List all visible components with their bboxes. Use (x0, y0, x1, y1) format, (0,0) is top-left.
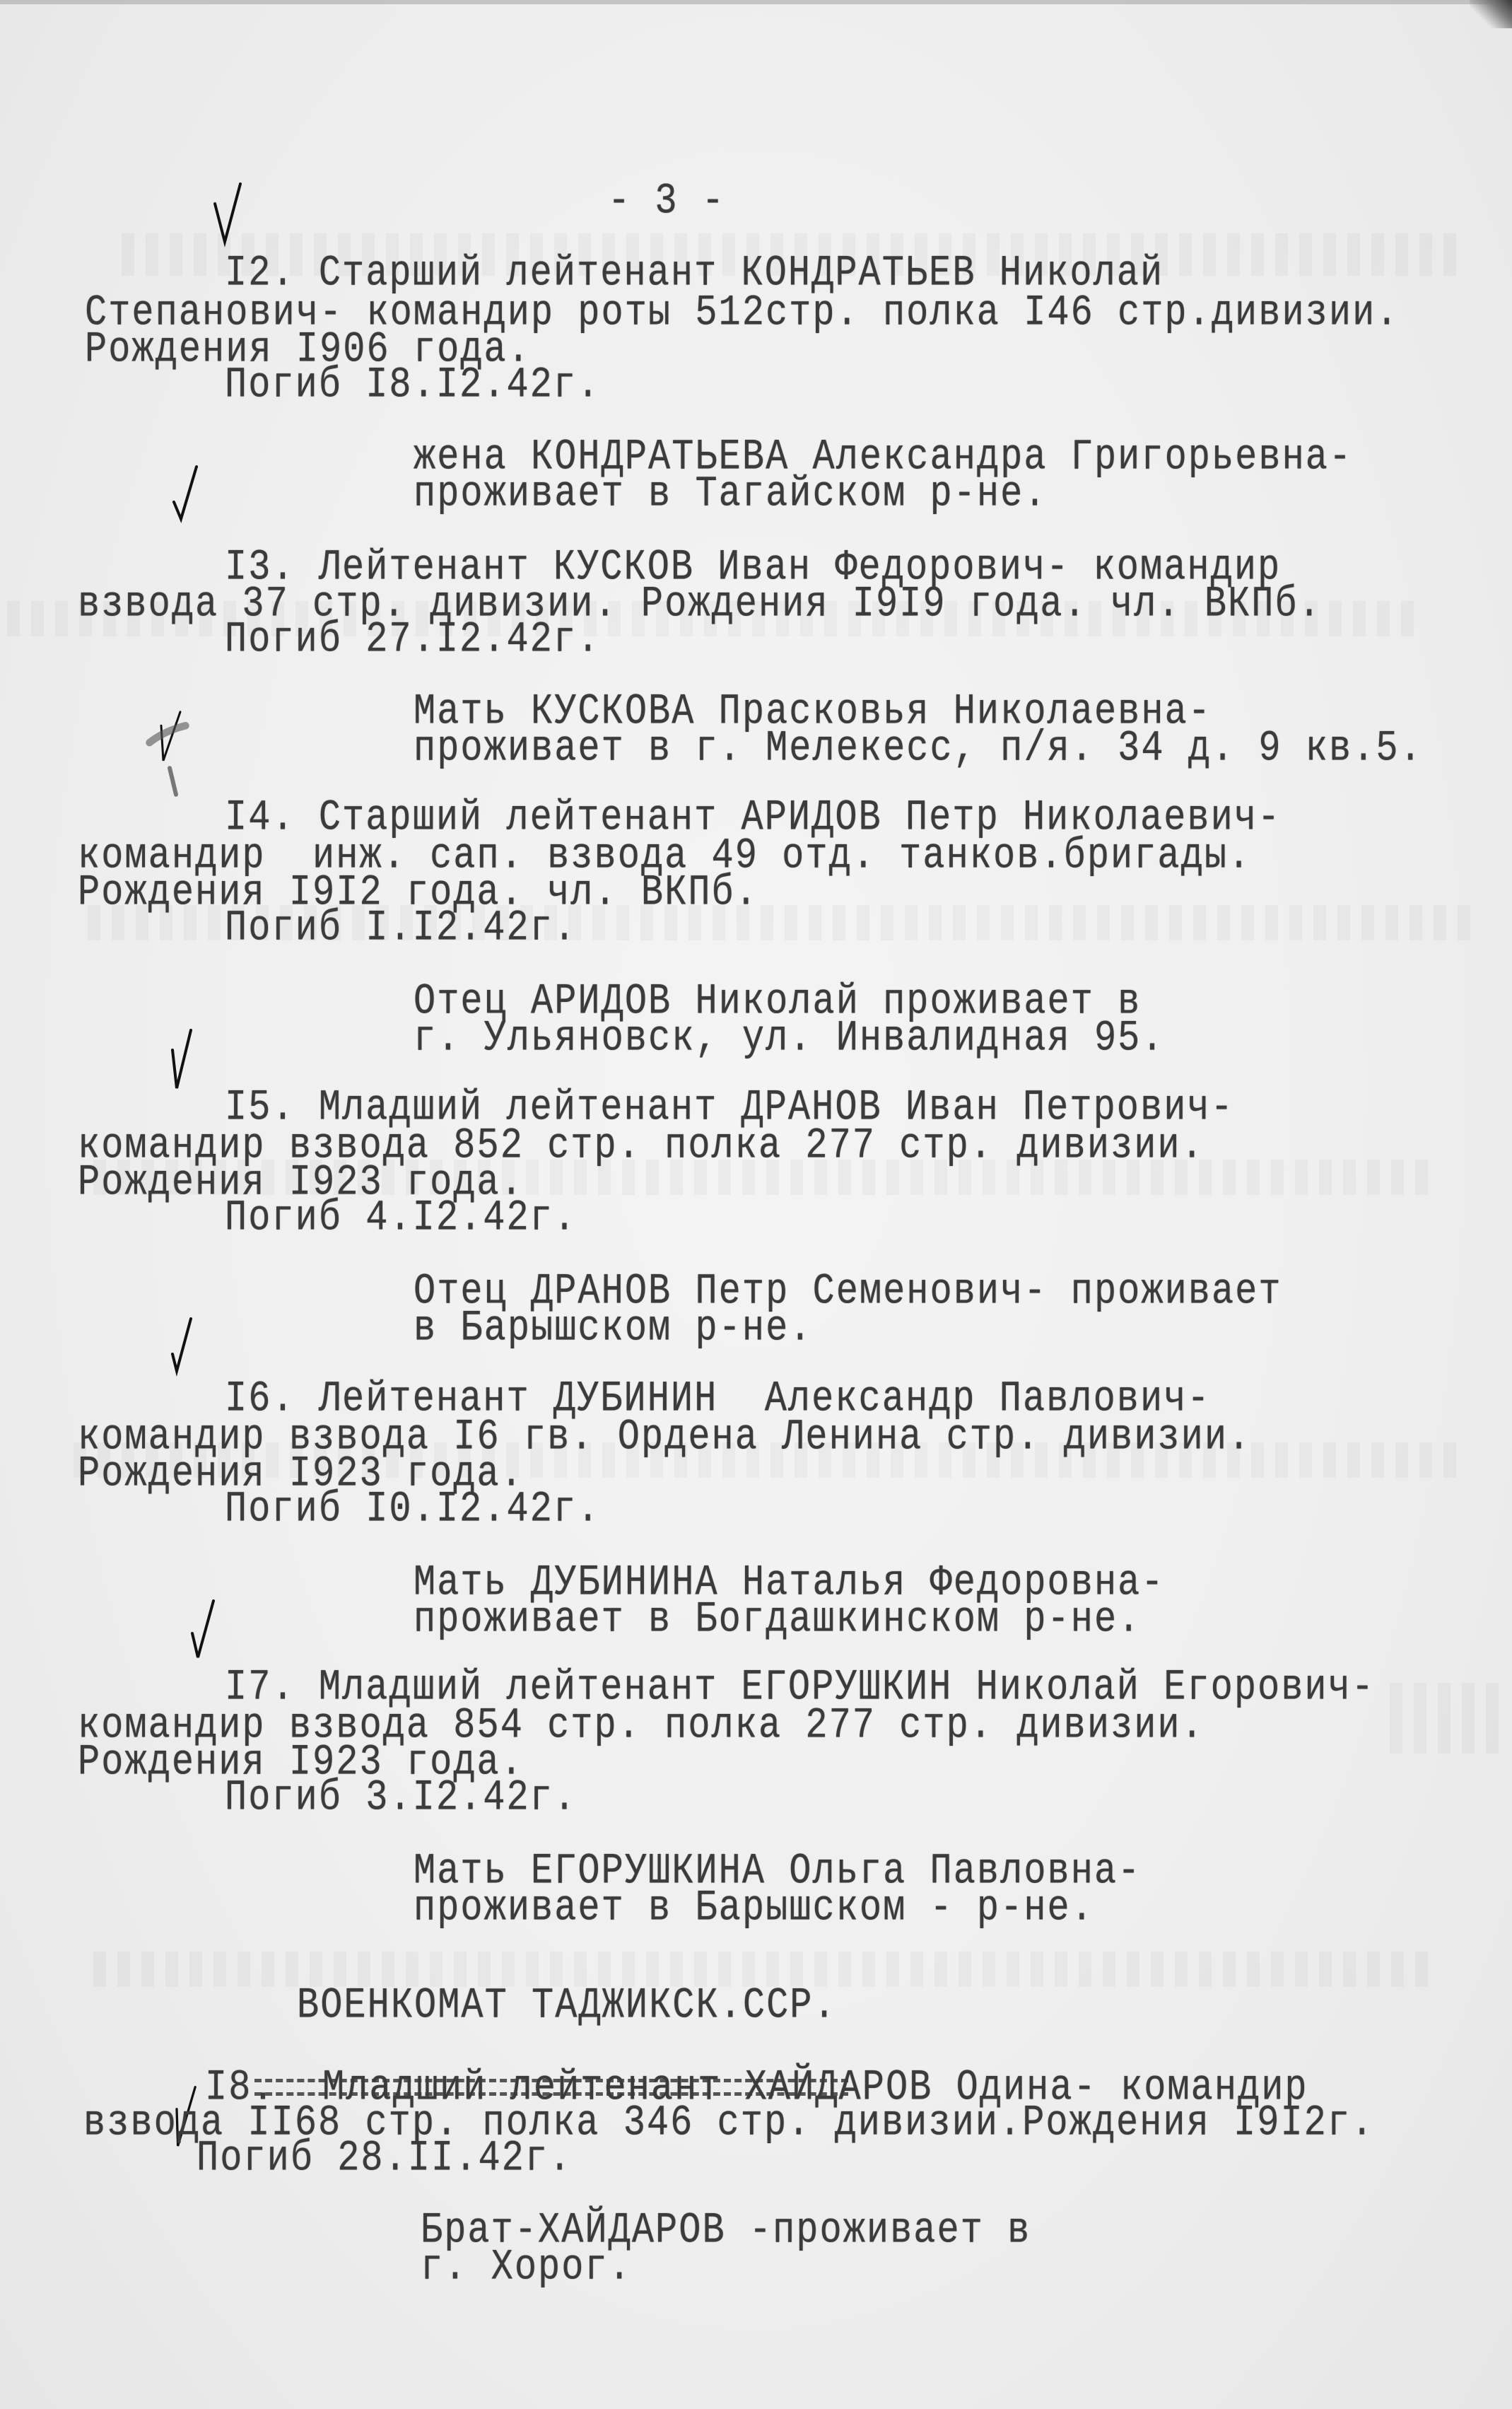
entry-line: Погиб 28.II.42г. (197, 2134, 572, 2184)
relative-line: г. Хорог. (421, 2243, 632, 2293)
document-page: - 3 - I2. Старший лейтенант КОНДРАТЬЕВ Н… (0, 0, 1512, 2409)
section-heading: ВОЕНКОМАТ ТАДЖИКСК.ССР. (297, 1981, 837, 2031)
bleed-through (1385, 1683, 1499, 1754)
entry-line: Погиб 4.I2.42г. (225, 1194, 577, 1244)
check-mark-icon (148, 707, 191, 771)
check-mark-icon (212, 182, 254, 246)
entry-line: Погиб 27.I2.42г. (225, 615, 600, 665)
entry-line: Погиб I8.I2.42г. (225, 361, 600, 411)
page-number: - 3 - (608, 177, 725, 227)
check-mark-icon (189, 1598, 232, 1662)
relative-line: проживает в Богдашкинском р-не. (414, 1595, 1141, 1645)
check-mark-icon (168, 460, 211, 523)
relative-line: проживает в Тагайском р-не. (414, 469, 1048, 520)
entry-line: Погиб I0.I2.42г. (225, 1485, 600, 1535)
check-mark-icon (170, 1029, 212, 1092)
check-mark-icon (170, 1312, 212, 1375)
entry-line: Погиб I.I2.42г. (225, 904, 577, 954)
relative-line: в Барышском р-не. (414, 1304, 813, 1354)
relative-line: проживает в г. Мелекесс, п/я. 34 д. 9 кв… (414, 724, 1423, 774)
scan-edge (0, 0, 1512, 4)
entry-line: Погиб 3.I2.42г. (225, 1773, 577, 1824)
relative-line: проживает в Барышском - р-не. (414, 1884, 1094, 1934)
folded-corner (1470, 0, 1512, 28)
relative-line: г. Ульяновск, ул. Инвалидная 95. (414, 1014, 1165, 1064)
